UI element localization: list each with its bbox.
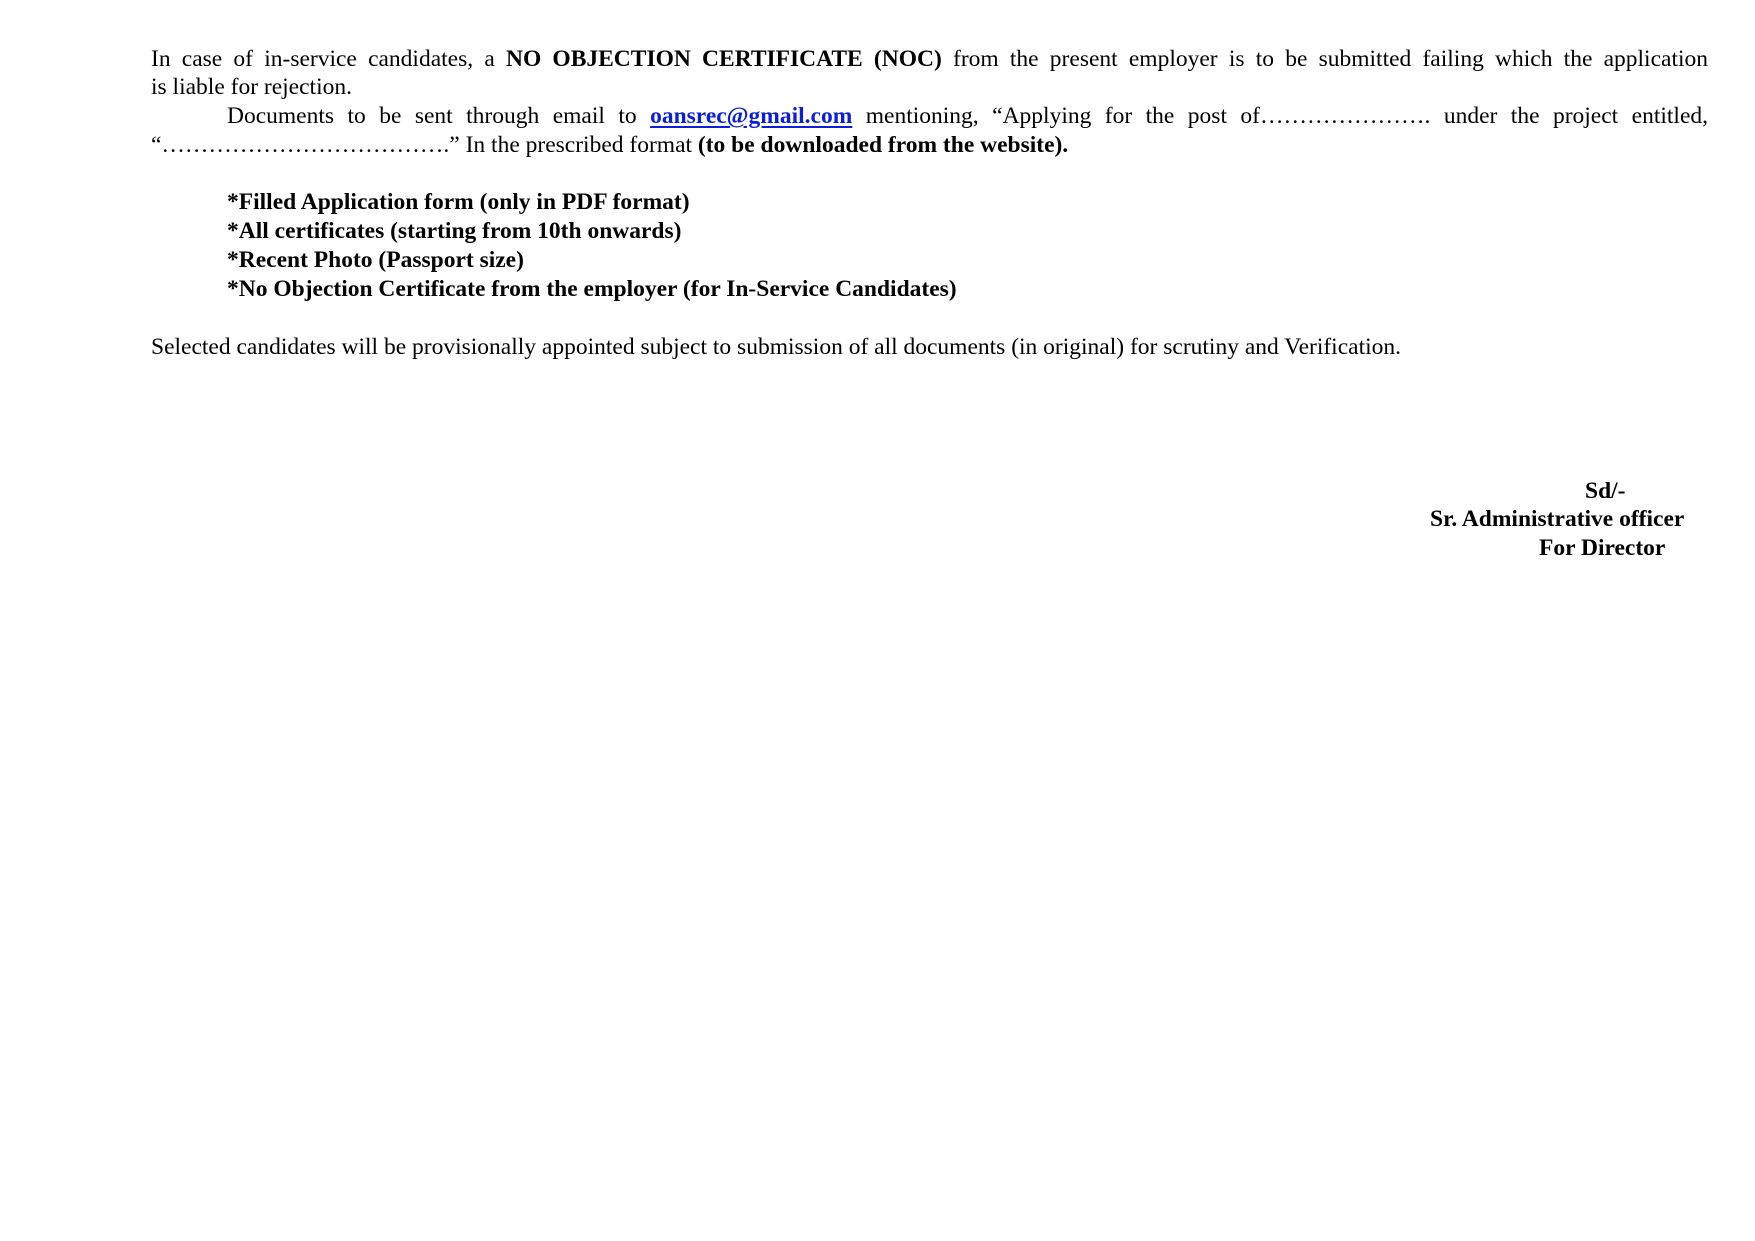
signature-for: For Director [1539,534,1665,563]
email-link[interactable]: oansrec@gmail.com [650,103,852,129]
signature-sd: Sd/- [1585,477,1626,506]
noc-emphasis: NO OBJECTION CERTIFICATE (NOC) [506,46,942,72]
noc-paragraph-line-2: is liable for rejection. [151,73,352,102]
document-item: *Filled Application form (only in PDF fo… [227,188,690,217]
email-paragraph-line-1: Documents to be sent through email to oa… [227,102,1708,131]
signature-title: Sr. Administrative officer [1430,505,1684,534]
document-item: *No Objection Certificate from the emplo… [227,275,957,304]
document-item: *Recent Photo (Passport size) [227,246,524,275]
provisional-appointment-note: Selected candidates will be provisionall… [151,333,1401,362]
email-text-cont: mentioning, “Applying for the post of………… [852,103,1708,129]
download-note: (to be downloaded from the website). [698,132,1068,158]
email-text: Documents to be sent through email to [227,103,650,129]
format-text: “……………………………….” In the prescribed format [151,132,698,158]
email-paragraph-line-2: “……………………………….” In the prescribed format… [151,131,1068,160]
document-item: *All certificates (starting from 10th on… [227,217,681,246]
noc-text: In case of in-service candidates, a [151,46,506,72]
noc-paragraph-line-1: In case of in-service candidates, a NO O… [151,45,1708,74]
noc-text-cont: from the present employer is to be submi… [942,46,1708,72]
